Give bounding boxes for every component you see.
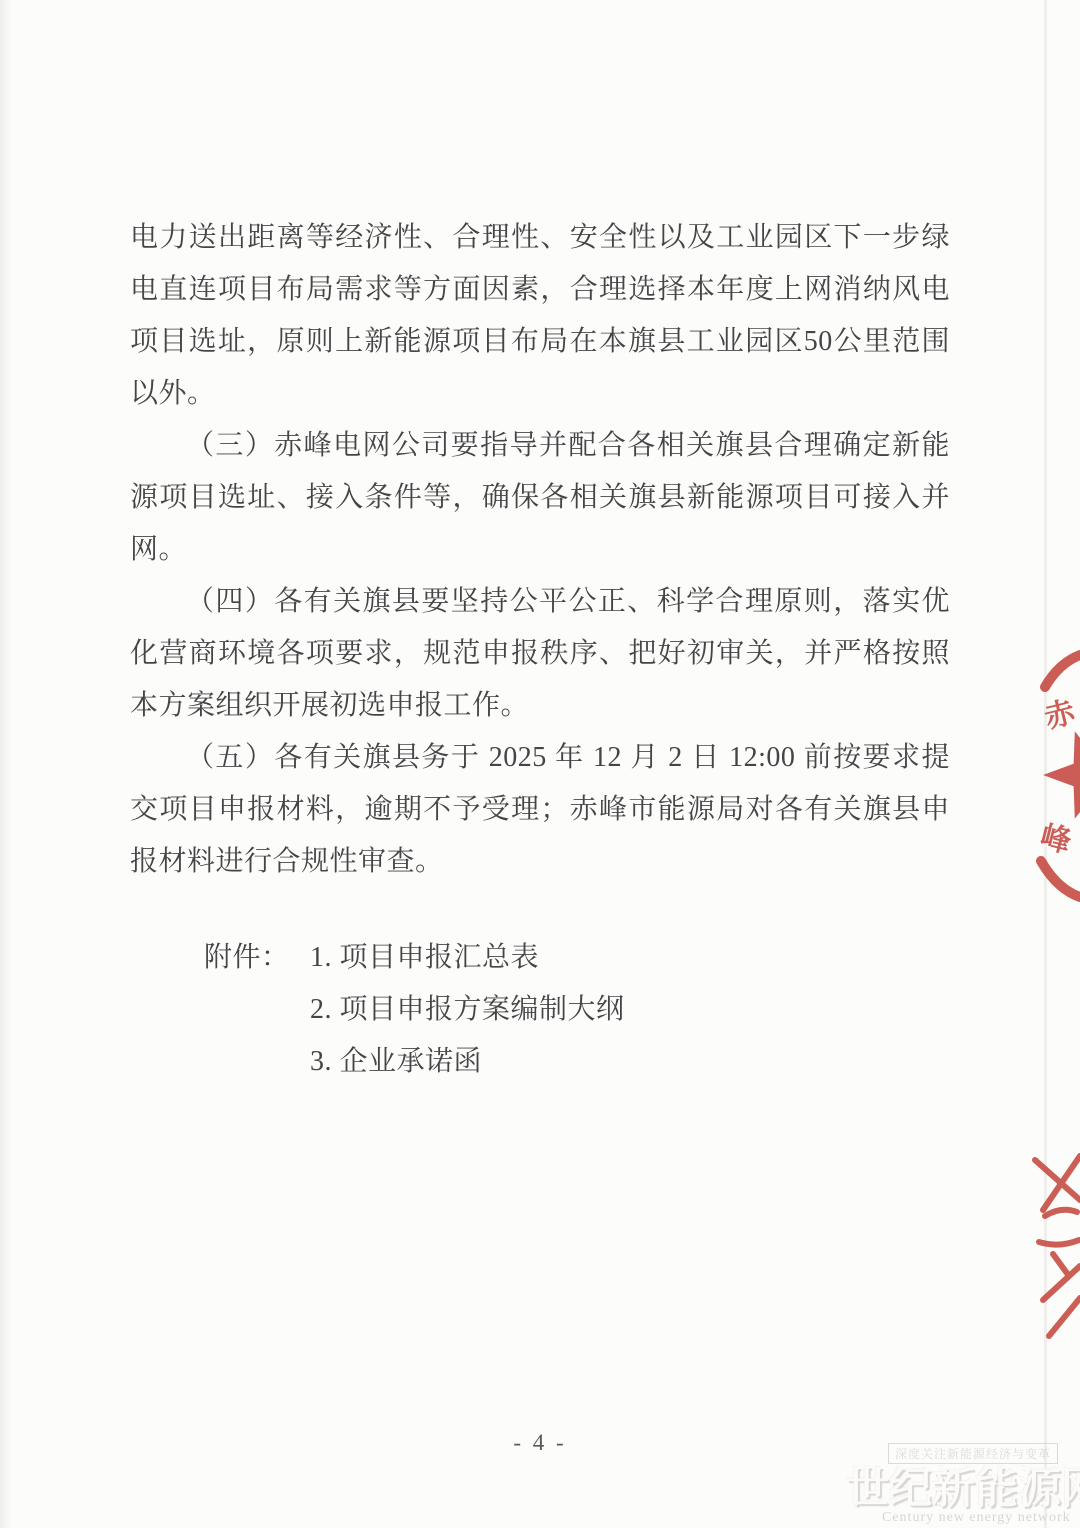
attachments-list: 1. 项目申报汇总表 2. 项目申报方案编制大纲 3. 企业承诺函: [310, 932, 950, 1088]
watermark-title: 世纪新能源网: [846, 1466, 1080, 1512]
text-line: 本方案组织开展初选申报工作。: [130, 680, 950, 732]
document-body: 电力送出距离等经济性、合理性、安全性以及工业园区下一步绿 电直连项目布局需求等方…: [130, 212, 950, 1088]
text-line: （五）各有关旗县务于 2025 年 12 月 2 日 12:00 前按要求提: [130, 732, 950, 784]
site-watermark: 深度关注新能源经济与变革 世纪新能源网 Century new energy n…: [846, 1443, 1080, 1526]
scanned-document-page: 电力送出距离等经济性、合理性、安全性以及工业园区下一步绿 电直连项目布局需求等方…: [0, 0, 1080, 1528]
text-line: 交项目申报材料，逾期不予受理；赤峰市能源局对各有关旗县申: [130, 784, 950, 836]
text-line: （四）各有关旗县要坚持公平公正、科学合理原则，落实优: [130, 576, 950, 628]
text-line: 电直连项目布局需求等方面因素，合理选择本年度上网消纳风电: [130, 264, 950, 316]
text-line: 报材料进行合规性审查。: [130, 836, 950, 888]
text-line: （三）赤峰电网公司要指导并配合各相关旗县合理确定新能: [130, 420, 950, 472]
svg-text:峰: 峰: [1037, 820, 1074, 859]
attachments-block: 附件： 1. 项目申报汇总表 2. 项目申报方案编制大纲 3. 企业承诺函: [204, 932, 950, 1088]
text-line: 网。: [130, 524, 950, 576]
text-line: 源项目选址、接入条件等，确保各相关旗县新能源项目可接入并: [130, 472, 950, 524]
svg-text:赤: 赤: [1041, 695, 1079, 735]
text-line: 化营商环境各项要求，规范申报秩序、把好初审关，并严格按照: [130, 628, 950, 680]
watermark-tagline: 深度关注新能源经济与变革: [888, 1443, 1058, 1464]
watermark-subtitle: Century new energy network: [846, 1510, 1080, 1526]
text-line: 以外。: [130, 368, 950, 420]
official-seal-stamp-icon: 赤 峰: [1035, 635, 1080, 915]
handwritten-red-signature-icon: [1023, 1148, 1080, 1348]
attachment-item: 2. 项目申报方案编制大纲: [310, 984, 950, 1036]
attachment-item: 3. 企业承诺函: [310, 1036, 950, 1088]
scan-left-edge-shadow: [0, 0, 12, 1528]
attachment-item: 1. 项目申报汇总表: [310, 932, 950, 984]
text-line: 项目选址，原则上新能源项目布局在本旗县工业园区50公里范围: [130, 316, 950, 368]
attachments-label: 附件：: [204, 932, 310, 1088]
text-line: 电力送出距离等经济性、合理性、安全性以及工业园区下一步绿: [130, 212, 950, 264]
